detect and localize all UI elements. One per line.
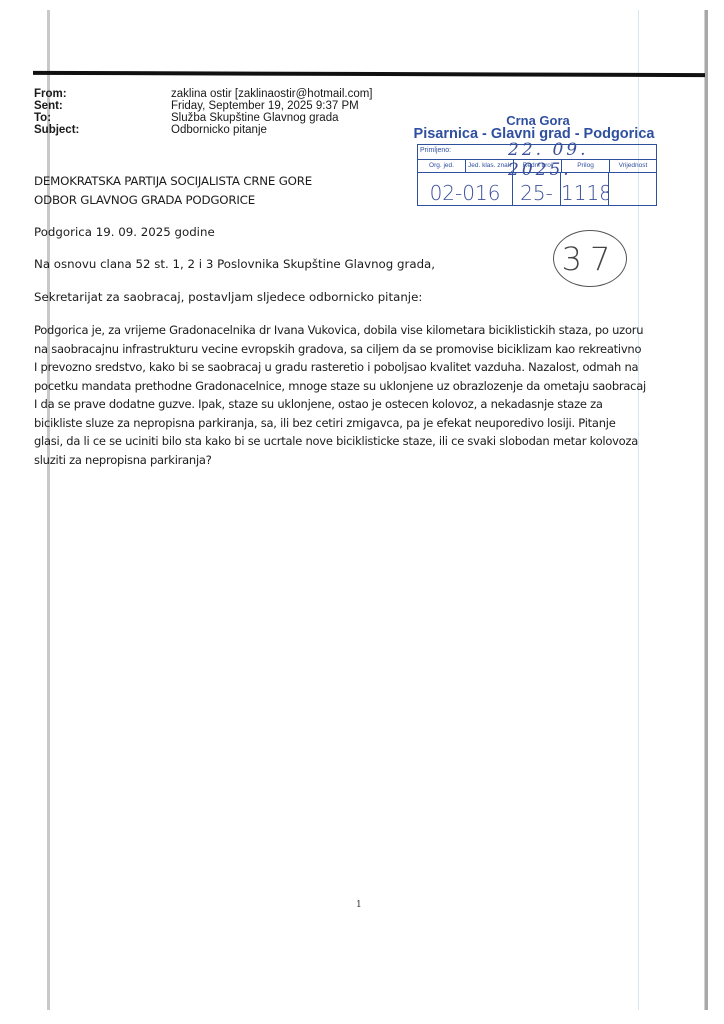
header-row-to: To: Služba Skupštine Glavnog grada	[34, 112, 373, 124]
email-header: From: zaklina ostir [zaklinaostir@hotmai…	[34, 88, 373, 136]
header-value-sent: Friday, September 19, 2025 9:37 PM	[171, 100, 359, 112]
stamp-col-org: Org. jed.	[418, 160, 466, 172]
question-paragraph: Podgorica je, za vrijeme Gradonacelnika …	[34, 321, 646, 469]
stamp-received-label: Primljeno:	[420, 147, 451, 154]
addressee-line: Sekretarijat za saobracaj, postavljam sl…	[34, 290, 422, 304]
header-label: From:	[34, 88, 171, 100]
stamp-value-number: 1118	[561, 173, 609, 205]
stamp-col-class: Jed. klas. znak	[466, 160, 514, 172]
stamp-value-year: 25-	[513, 173, 561, 205]
header-label: Subject:	[34, 124, 171, 136]
header-value-subject: Odbornicko pitanje	[171, 124, 267, 136]
header-label: Sent:	[34, 100, 171, 112]
registry-stamp: Crna Gora Pisarnica - Glavni grad - Podg…	[417, 114, 659, 206]
stamp-received-row: Primljeno: 22. 09. 2025.	[418, 145, 656, 160]
header-value-to: Služba Skupštine Glavnog grada	[171, 112, 339, 124]
header-value-from: zaklina ostir [zaklinaostir@hotmail.com]	[171, 88, 373, 100]
header-label: To:	[34, 112, 171, 124]
header-row-sent: Sent: Friday, September 19, 2025 9:37 PM	[34, 100, 373, 112]
header-row-from: From: zaklina ostir [zaklinaostir@hotmai…	[34, 88, 373, 100]
stamp-value-empty	[609, 173, 655, 205]
handwritten-circled-number: 37	[553, 230, 627, 287]
header-row-subject: Subject: Odbornicko pitanje	[34, 124, 373, 136]
stamp-table: Primljeno: 22. 09. 2025. Org. jed. Jed. …	[417, 144, 657, 206]
party-committee: ODBOR GLAVNOG GRADA PODGORICE	[34, 191, 312, 210]
stamp-values-row: 02-016 25- 1118	[418, 173, 656, 205]
party-name: DEMOKRATSKA PARTIJA SOCIJALISTA CRNE GOR…	[34, 172, 312, 191]
legal-basis: Na osnovu clana 52 st. 1, 2 i 3 Poslovni…	[34, 257, 435, 271]
stamp-value-org-class: 02-016	[418, 173, 513, 205]
scan-left-margin-line	[47, 10, 50, 1010]
page-number: 1	[356, 900, 362, 910]
letter-date: Podgorica 19. 09. 2025 godine	[34, 225, 215, 239]
scan-right-edge-line	[704, 10, 708, 1010]
email-header-rule	[33, 71, 705, 77]
party-heading: DEMOKRATSKA PARTIJA SOCIJALISTA CRNE GOR…	[34, 172, 312, 210]
